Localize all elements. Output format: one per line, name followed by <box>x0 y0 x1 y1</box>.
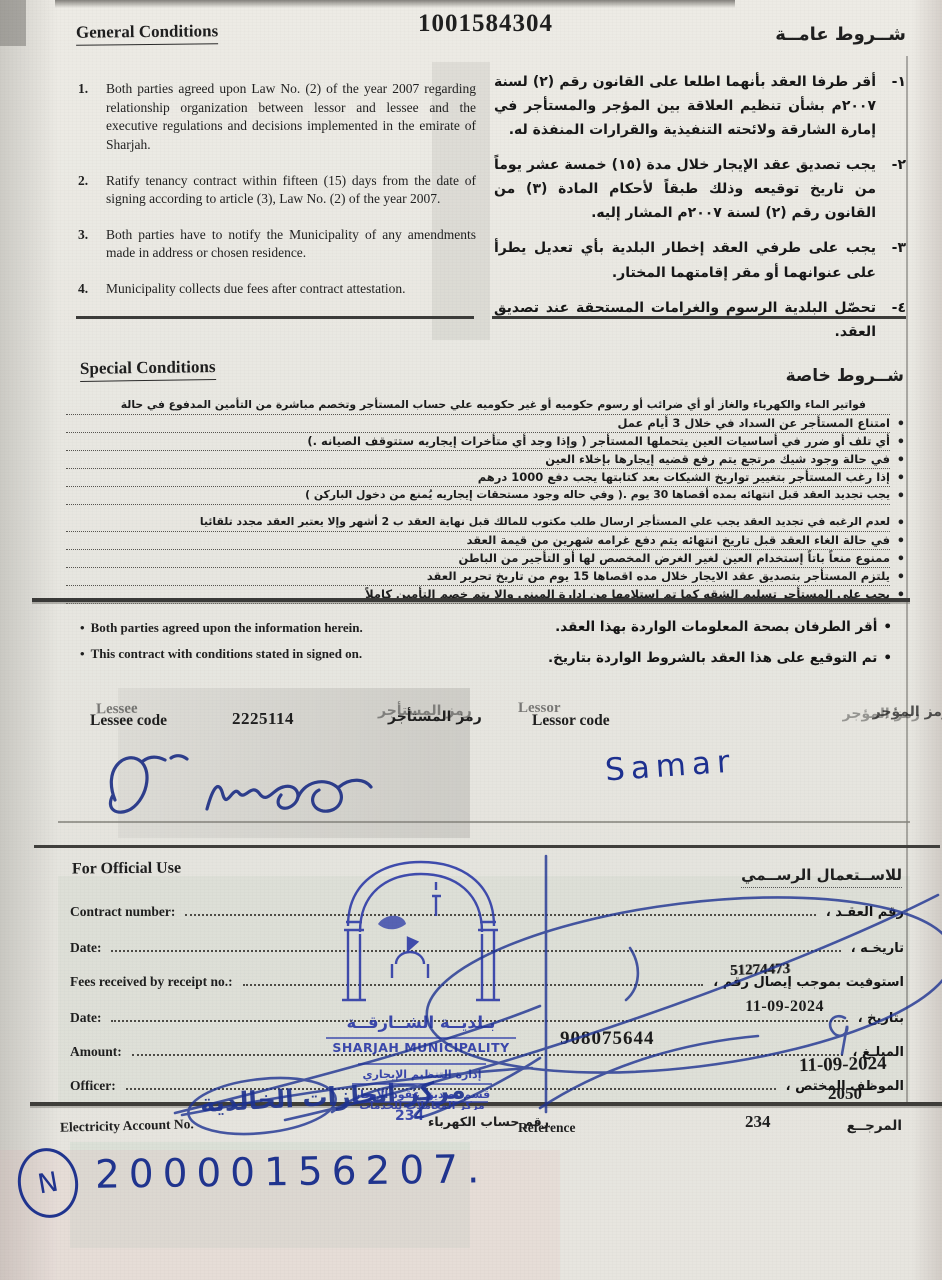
pen-scribble-overlay <box>0 0 942 1280</box>
scanned-tenancy-contract: General Conditions 1001584304 شــروط عام… <box>0 0 942 1280</box>
